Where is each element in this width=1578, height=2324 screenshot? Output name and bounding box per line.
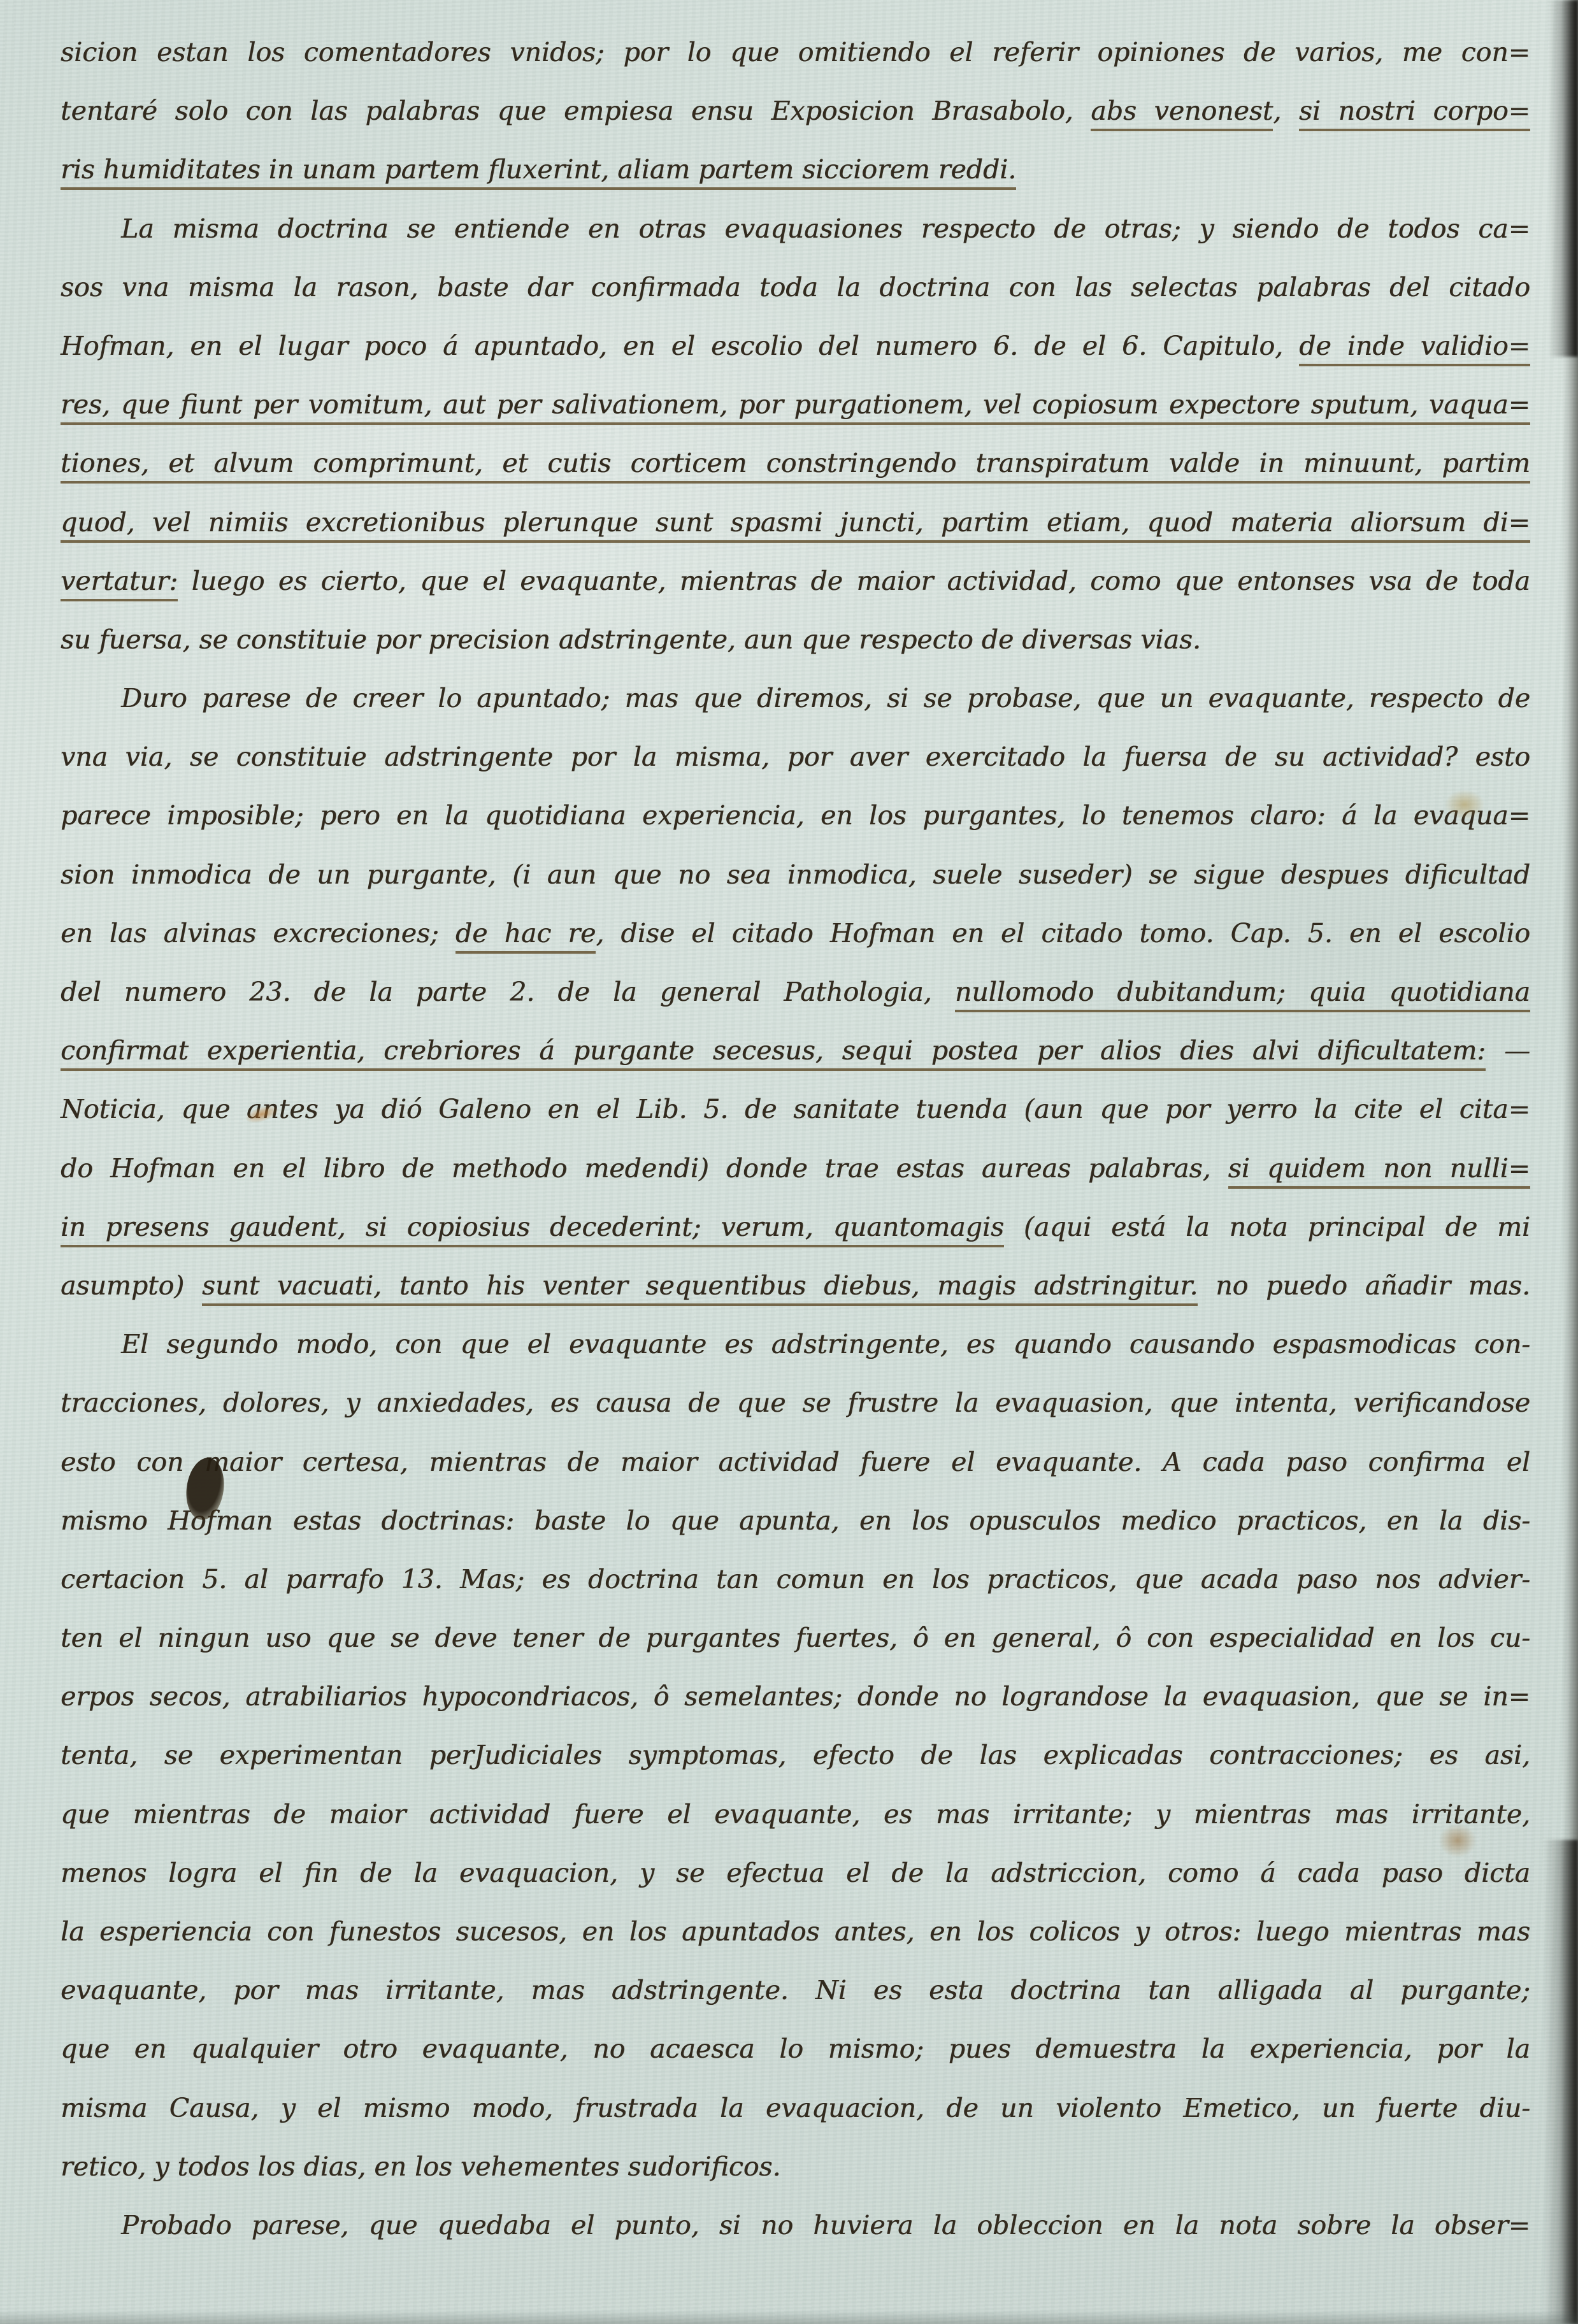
text-segment: sos vna misma la rason, baste dar confir… (61, 272, 1530, 303)
manuscript-line: ris humiditates in unam partem fluxerint… (61, 140, 1530, 199)
manuscript-line: su fuersa, se constituie por precision a… (61, 610, 1530, 669)
manuscript-line: Noticia, que antes ya dió Galeno en el L… (61, 1080, 1530, 1138)
text-segment: tentaré solo con las palabras que empies… (61, 96, 1091, 126)
manuscript-line: misma Causa, y el mismo modo, frustrada … (61, 2079, 1530, 2137)
manuscript-line: que mientras de maior actividad fuere el… (61, 1785, 1530, 1844)
manuscript-line: vertatur: luego es cierto, que el evaqua… (61, 552, 1530, 610)
manuscript-line: La misma doctrina se entiende en otras e… (61, 199, 1530, 258)
text-segment: asumpto) (61, 1270, 202, 1301)
text-segment: ten el ningun uso que se deve tener de p… (61, 1623, 1530, 1653)
manuscript-line: certacion 5. al parrafo 13. Mas; es doct… (61, 1550, 1530, 1609)
underlined-passage: quod, vel nimiis excretionibus plerunque… (61, 507, 1530, 543)
underlined-passage: vertatur: (61, 566, 178, 601)
text-segment: en las alvinas excreciones; (61, 918, 455, 949)
page-corner-top-right (1549, 0, 1578, 357)
manuscript-line: ten el ningun uso que se deve tener de p… (61, 1609, 1530, 1667)
manuscript-line: Duro parese de creer lo apuntado; mas qu… (61, 669, 1530, 728)
text-segment: (aqui está la nota principal de mi (1004, 1212, 1530, 1242)
text-segment: , dise el citado Hofman en el citado tom… (596, 918, 1530, 949)
text-segment: Noticia, que antes ya dió Galeno en el L… (61, 1094, 1530, 1124)
manuscript-line: El segundo modo, con que el evaquante es… (61, 1315, 1530, 1374)
manuscript-line: retico, y todos los dias, en los vehemen… (61, 2137, 1530, 2196)
text-segment: retico, y todos los dias, en los vehemen… (61, 2151, 780, 2182)
text-segment: luego es cierto, que el evaquante, mient… (178, 566, 1530, 596)
manuscript-line: tiones, et alvum comprimunt, et cutis co… (61, 434, 1530, 492)
text-segment: misma Causa, y el mismo modo, frustrada … (61, 2093, 1530, 2123)
text-segment: , (1273, 96, 1299, 126)
text-segment: tenta, se experimentan perJudiciales sym… (61, 1740, 1530, 1770)
page-edge-shadow-right (1561, 0, 1578, 2324)
text-segment: vna via, se constituie adstringente por … (61, 742, 1530, 772)
manuscript-line: sion inmodica de un purgante, (i aun que… (61, 845, 1530, 904)
text-segment: mismo Hofman estas doctrinas: baste lo q… (61, 1505, 1530, 1536)
text-segment: del numero 23. de la parte 2. de la gene… (61, 977, 955, 1007)
text-segment: menos logra el fin de la evaquacion, y s… (61, 1858, 1530, 1888)
manuscript-line: la esperiencia con funestos sucesos, en … (61, 1902, 1530, 1961)
text-segment: do Hofman en el libro de methodo medendi… (61, 1153, 1228, 1184)
text-segment: Probado parese, que quedaba el punto, si… (121, 2210, 1530, 2241)
text-segment: evaquante, por mas irritante, mas adstri… (61, 1975, 1530, 2005)
manuscript-text: sicion estan los comentadores vnidos; po… (61, 23, 1530, 2255)
underlined-passage: ris humiditates in unam partem fluxerint… (61, 154, 1016, 190)
manuscript-line: tentaré solo con las palabras que empies… (61, 82, 1530, 140)
text-segment: la esperiencia con funestos sucesos, en … (61, 1916, 1530, 1947)
manuscript-line: Probado parese, que quedaba el punto, si… (61, 2196, 1530, 2255)
text-segment: Duro parese de creer lo apuntado; mas qu… (121, 683, 1530, 714)
underlined-passage: tiones, et alvum comprimunt, et cutis co… (61, 448, 1530, 484)
text-segment: La misma doctrina se entiende en otras e… (121, 213, 1530, 244)
text-segment: — (1486, 1035, 1530, 1066)
text-segment: tracciones, dolores, y anxiedades, es ca… (61, 1388, 1530, 1418)
text-segment: El segundo modo, con que el evaquante es… (121, 1329, 1530, 1359)
manuscript-line: res, que fiunt per vomitum, aut per sali… (61, 375, 1530, 434)
underlined-passage: res, que fiunt per vomitum, aut per sali… (61, 389, 1530, 425)
text-segment: que mientras de maior actividad fuere el… (61, 1799, 1530, 1830)
text-segment: sion inmodica de un purgante, (i aun que… (61, 859, 1530, 890)
text-segment: esto con maior certesa, mientras de maio… (61, 1447, 1530, 1477)
manuscript-line: parece imposible; pero en la quotidiana … (61, 786, 1530, 845)
manuscript-line: tenta, se experimentan perJudiciales sym… (61, 1726, 1530, 1784)
page-edge-shadow-bottom (0, 2310, 1578, 2324)
manuscript-line: confirmat experientia, crebriores á purg… (61, 1021, 1530, 1080)
manuscript-line: quod, vel nimiis excretionibus plerunque… (61, 493, 1530, 552)
manuscript-line: mismo Hofman estas doctrinas: baste lo q… (61, 1491, 1530, 1550)
manuscript-line: vna via, se constituie adstringente por … (61, 728, 1530, 786)
manuscript-line: erpos secos, atrabiliarios hypocondriaco… (61, 1667, 1530, 1726)
text-segment: que en qualquier otro evaquante, no acae… (61, 2033, 1530, 2064)
manuscript-line: sos vna misma la rason, baste dar confir… (61, 258, 1530, 317)
manuscript-line: in presens gaudent, si copiosius deceder… (61, 1198, 1530, 1256)
manuscript-page: { "document": { "kind": "handwritten man… (0, 0, 1578, 2324)
manuscript-line: menos logra el fin de la evaquacion, y s… (61, 1844, 1530, 1902)
manuscript-line: esto con maior certesa, mientras de maio… (61, 1433, 1530, 1491)
manuscript-line: tracciones, dolores, y anxiedades, es ca… (61, 1374, 1530, 1432)
manuscript-line: sicion estan los comentadores vnidos; po… (61, 23, 1530, 82)
text-segment: no puedo añadir mas. (1198, 1270, 1530, 1301)
manuscript-line: en las alvinas excreciones; de hac re, d… (61, 904, 1530, 963)
underlined-passage: confirmat experientia, crebriores á purg… (61, 1035, 1486, 1071)
underlined-passage: de inde validio= (1299, 331, 1530, 366)
manuscript-line: del numero 23. de la parte 2. de la gene… (61, 963, 1530, 1021)
underlined-passage: in presens gaudent, si copiosius deceder… (61, 1212, 1004, 1247)
manuscript-line: do Hofman en el libro de methodo medendi… (61, 1139, 1530, 1198)
underlined-passage: abs venonest (1091, 96, 1273, 131)
underlined-passage: si nostri corpo= (1299, 96, 1530, 131)
underlined-passage: sunt vacuati, tanto his venter sequentib… (202, 1270, 1198, 1306)
manuscript-line: asumpto) sunt vacuati, tanto his venter … (61, 1256, 1530, 1315)
manuscript-line: Hofman, en el lugar poco á apuntado, en … (61, 317, 1530, 375)
text-segment: Hofman, en el lugar poco á apuntado, en … (61, 331, 1299, 361)
manuscript-line: que en qualquier otro evaquante, no acae… (61, 2019, 1530, 2078)
text-segment: certacion 5. al parrafo 13. Mas; es doct… (61, 1564, 1530, 1595)
page-corner-bottom-right (1544, 1840, 1578, 2324)
underlined-passage: si quidem non nulli= (1228, 1153, 1530, 1189)
text-segment: su fuersa, se constituie por precision a… (61, 624, 1201, 655)
underlined-passage: nullomodo dubitandum; quia quotidiana (955, 977, 1530, 1012)
underlined-passage: de hac re (455, 918, 596, 954)
text-segment: parece imposible; pero en la quotidiana … (61, 800, 1530, 831)
text-segment: sicion estan los comentadores vnidos; po… (61, 37, 1530, 68)
manuscript-line: evaquante, por mas irritante, mas adstri… (61, 1961, 1530, 2019)
text-segment: erpos secos, atrabiliarios hypocondriaco… (61, 1681, 1530, 1712)
